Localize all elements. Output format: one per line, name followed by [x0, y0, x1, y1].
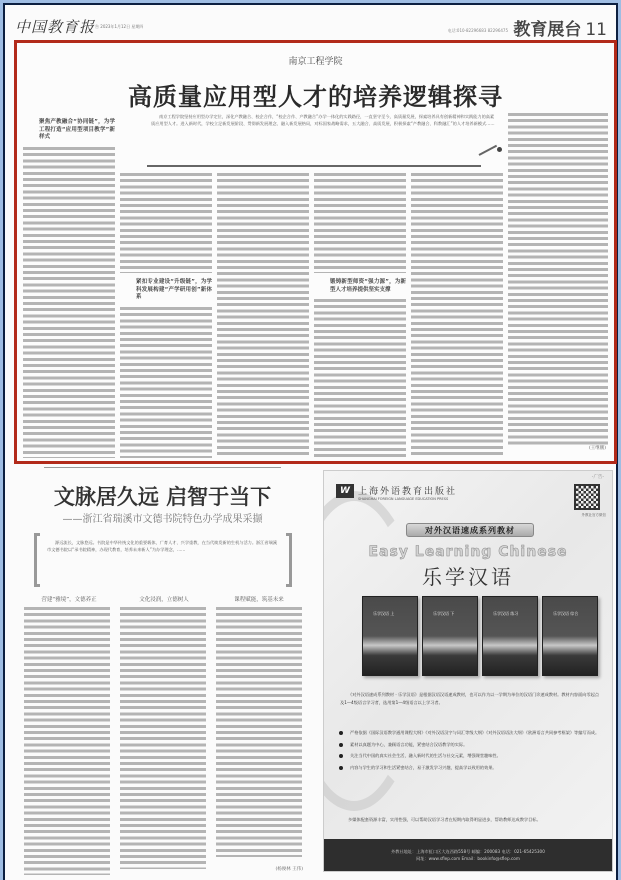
column-subhead: 锻铸新型师资“强力源”，为新型人才培养提供坚实支撑: [314, 279, 406, 294]
ad-title: 乐学汉语: [324, 561, 612, 590]
body-text: [120, 173, 212, 273]
page-number: 11: [585, 20, 607, 40]
ad-contact-footer: 外教社地址：上海市虹口区大连西路558号 邮编：200083 电话：021-65…: [324, 839, 612, 871]
body-text: [217, 173, 309, 458]
bottom-column-3: [216, 607, 302, 857]
body-text: [23, 147, 115, 459]
body-text: [314, 299, 406, 458]
column-headings: 营建“雅境”，文德养正 文化浸润，立德树人 课程赋能，筑基未来: [24, 595, 304, 603]
bottom-article-byline: (杨俊林 王伟): [276, 866, 303, 872]
issue-line: 广告 2023年1月12日 星期四: [91, 24, 143, 30]
top-divider: [44, 467, 281, 468]
masthead: 中国教育报 广告 2023年1月12日 星期四 电话:010-82296683 …: [13, 11, 613, 39]
article-column-5: [411, 173, 503, 458]
ad-outro: 多媒体配套资源丰富，实用性强，可以帮助汉语学习者在短期内取得明显进步，帮助教师达…: [340, 816, 602, 824]
ad-tag: -广告-: [592, 474, 604, 480]
article-column-4: 锻铸新型师资“强力源”，为新型人才培养提供坚实支撑: [314, 173, 406, 458]
qr-caption: 外教社官方微信: [582, 513, 607, 518]
lede-divider-hook: [479, 145, 498, 156]
body-text: [216, 607, 302, 857]
book-title: 乐学汉语 上: [373, 611, 394, 617]
column-subhead: 紧扣专业建设“升级链”，为学科发展构建“产学研用创”新体系: [120, 279, 212, 302]
article-column-6: [508, 113, 608, 448]
bottom-column-1: [24, 607, 110, 875]
newspaper-logo: 中国教育报: [15, 16, 95, 37]
article-column-2: 紧扣专业建设“升级链”，为学科发展构建“产学研用创”新体系: [120, 173, 212, 458]
column-heading: 课程赋能，筑基未来: [214, 595, 304, 603]
body-text: [120, 307, 212, 459]
publisher-name: 上海外语教育出版社: [358, 484, 457, 497]
article-headline: 高质量应用型人才的培养逻辑探寻: [17, 77, 614, 112]
bottom-column-2: [120, 607, 206, 869]
advertisement[interactable]: -广告- W 上海外语教育出版社 SHANGHAI FOREIGN LANGUA…: [323, 470, 613, 872]
ad-feature: 严格依据《国际汉语教学通用课程大纲》《对外汉语汉字与词汇等级大纲》《对外汉语语法…: [338, 729, 602, 737]
publisher-english-name: SHANGHAI FOREIGN LANGUAGE EDUCATION PRES…: [358, 497, 448, 501]
bottom-article-subtitle: ——浙江省瑞溪市文德书院特色办学成果采撷: [14, 510, 311, 525]
book-covers: 乐学汉语 上 乐学汉语 下 乐学汉语 练习 乐学汉语 综合: [362, 596, 598, 676]
section-name: 教育展台: [513, 20, 581, 40]
bottom-article: 文脉居久远 启智于当下 ——浙江省瑞溪市文德书院特色办学成果采撷 源远流长，文脉…: [14, 467, 311, 880]
book-cover: 乐学汉语 综合: [542, 596, 598, 676]
phone-line: 电话:010-82296683 82296475: [448, 28, 508, 34]
ad-address: 外教社地址：上海市虹口区大连西路558号 邮编：200083 电话：021-65…: [324, 848, 612, 855]
top-article: 南京工程学院 高质量应用型人才的培养逻辑探寻 南京工程学院坚持应用型办学定位，深…: [14, 40, 617, 464]
lede-divider-dot: [497, 147, 502, 152]
book-title: 乐学汉语 综合: [553, 611, 578, 617]
body-text: [508, 113, 608, 448]
article-column-3: [217, 173, 309, 458]
article-lede: 南京工程学院坚持应用型办学定位，深化产教融合、校企合作，“校企合作、产教融合”办…: [151, 113, 497, 127]
column-heading: 营建“雅境”，文德养正: [24, 595, 114, 603]
body-text: [24, 607, 110, 875]
bottom-article-intro: 源远流长，文脉悠远。书院是中华传统文化的重要载体，广育人才、兴学重教，在当代焕发…: [34, 533, 292, 587]
column-heading: 文化浸润，立德树人: [119, 595, 209, 603]
publisher-logo-icon: W: [336, 484, 354, 498]
book-cover: 乐学汉语 上: [362, 596, 418, 676]
book-title: 乐学汉语 下: [433, 611, 454, 617]
ad-feature-list: 严格依据《国际汉语教学通用课程大纲》《对外汉语汉字与词汇等级大纲》《对外汉语语法…: [338, 729, 602, 775]
ad-feature: 素材以真题为中心，兼顾语言功能，紧密结合汉语教学的实际。: [338, 741, 602, 749]
qr-code-icon: [574, 484, 600, 510]
body-text: [314, 173, 406, 273]
column-subhead: 聚焦产教融合“协同链”，为学工程打造“应用型项目教学”新样式: [23, 119, 115, 142]
ad-website: 网址：www.sflep.com Email：bookinfo@sflep.co…: [324, 855, 612, 862]
ad-english-title: Easy Learning Chinese: [324, 544, 612, 560]
bottom-article-title: 文脉居久远 启智于当下: [14, 481, 311, 511]
article-kicker: 南京工程学院: [17, 54, 614, 67]
section-title: 教育展台11: [513, 15, 607, 40]
lede-divider: [147, 165, 481, 167]
article-column-1: 聚焦产教融合“协同链”，为学工程打造“应用型项目教学”新样式: [23, 113, 115, 458]
body-text: [411, 173, 503, 458]
series-banner: 对外汉语速成系列教材: [406, 523, 534, 537]
ad-feature: 内容与学生的学习和生活紧密结合，易于激发学习兴趣，提高学以致用的效果。: [338, 764, 602, 772]
article-byline: (王继鹏): [589, 445, 606, 451]
page-frame: 中国教育报 广告 2023年1月12日 星期四 电话:010-82296683 …: [3, 3, 618, 880]
book-title: 乐学汉语 练习: [493, 611, 518, 617]
body-text: [120, 607, 206, 869]
book-cover: 乐学汉语 下: [422, 596, 478, 676]
book-cover: 乐学汉语 练习: [482, 596, 538, 676]
ad-feature: 关注当代中国的真实社会生活，融入新时代的生活与社交元素，增强课堂趣味性。: [338, 752, 602, 760]
ad-intro: 《对外汉语速成系列教材 · 乐学汉语》是根据汉语汉语速成教材，也可以作为以一学期…: [340, 691, 602, 706]
